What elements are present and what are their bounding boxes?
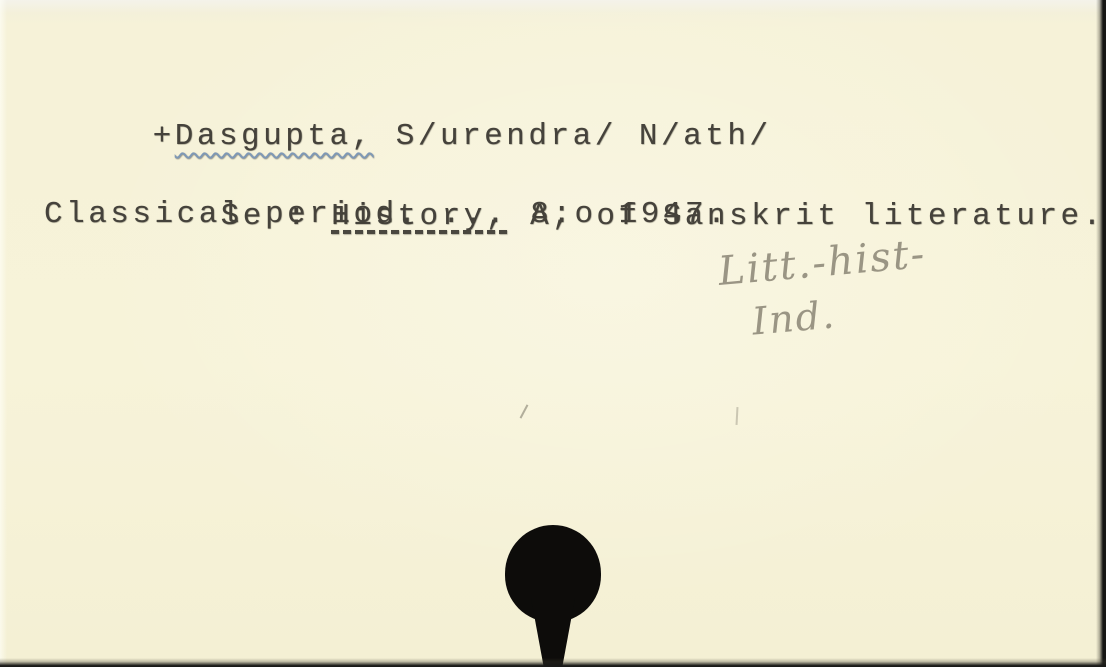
catalog-card: +Dasgupta, S/urendra/ N/ath/ Se : Histor…	[0, 0, 1106, 667]
handwritten-subject-note-line-2: Ind.	[750, 292, 837, 343]
stray-pencil-mark-right	[736, 407, 739, 425]
heading-plus-sign: +	[153, 119, 175, 154]
heading-surname: Dasgupta,	[175, 119, 374, 154]
card-bottom-edge	[0, 658, 1106, 667]
card-top-edge	[0, 0, 1106, 13]
card-right-edge	[1096, 0, 1106, 667]
see-reference-line-2: Classical period. ... 8:o 1947.	[44, 197, 729, 232]
stray-pencil-mark-left	[520, 404, 529, 418]
scanned-catalog-card-image: +Dasgupta, S/urendra/ N/ath/ Se : Histor…	[0, 0, 1106, 667]
card-left-edge	[0, 0, 7, 667]
heading-forenames: S/urendra/ N/ath/	[374, 119, 772, 154]
